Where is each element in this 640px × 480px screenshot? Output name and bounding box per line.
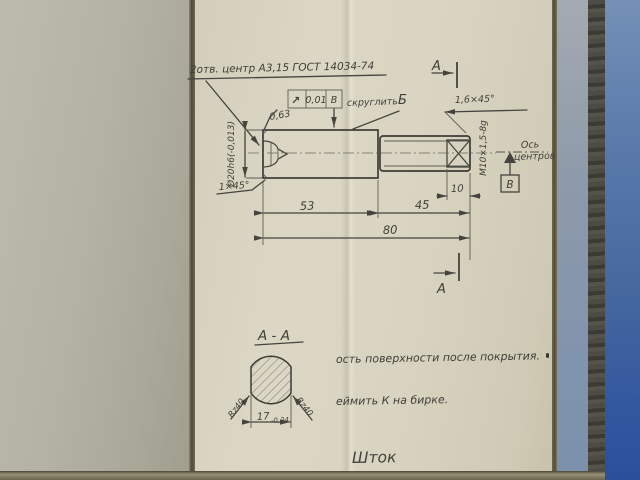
dim-10: 10 bbox=[451, 184, 464, 195]
note-line-1: ость поверхности после покрытия. bbox=[336, 349, 540, 366]
diameter-dim-group: Ø20h6(-0,013) bbox=[226, 121, 262, 188]
roughness-flat-left: Rz40 bbox=[226, 397, 247, 420]
runout-symbol-icon: ↗ bbox=[291, 94, 300, 107]
dim-53: 53 bbox=[300, 198, 315, 213]
shaft-front-view bbox=[248, 130, 496, 178]
technical-drawing: 2отв. центр А3,15 ГОСТ 14034-74 ↗ 0,01 В… bbox=[0, 0, 640, 480]
roughness-top-group: 0,63 bbox=[264, 108, 291, 130]
section-cut-top: А bbox=[431, 59, 457, 88]
center-hole-profile bbox=[263, 141, 287, 167]
datum-letter: В bbox=[506, 179, 513, 191]
roughness-flat-right: Rz40 bbox=[294, 396, 315, 419]
edge-note: скруглить bbox=[347, 96, 398, 109]
axis-label-line1: Ось bbox=[521, 139, 540, 151]
diameter-label: Ø20h6(-0,013) bbox=[226, 121, 237, 188]
dim-80: 80 bbox=[383, 222, 398, 237]
runout-datum: В bbox=[331, 95, 338, 106]
dim-flats: 17 bbox=[257, 411, 271, 423]
dimension-lines: 10 53 45 80 bbox=[263, 169, 480, 260]
chamfer-left-group: 1×45° bbox=[217, 180, 265, 194]
section-profile bbox=[251, 356, 291, 403]
axis-label-line2: центров bbox=[514, 151, 556, 163]
photo-of-technical-drawing: { "colors": { "paper_main": "#d8d3c0", "… bbox=[0, 0, 640, 480]
section-view-aa: А - А Rz40 Rz40 17 -0,24 bbox=[226, 328, 314, 428]
runout-frame: ↗ 0,01 В bbox=[288, 90, 342, 127]
chamfer-right-label: 1,6×45° bbox=[455, 94, 495, 106]
runout-value: 0,01 bbox=[305, 95, 326, 106]
section-mark-top: А bbox=[431, 59, 441, 74]
center-hole-note: 2отв. центр А3,15 ГОСТ 14034-74 bbox=[190, 60, 375, 76]
part-title: Шток bbox=[352, 448, 397, 467]
surface-b-label: Б bbox=[398, 93, 407, 108]
section-view-title: А - А bbox=[257, 328, 290, 344]
axis-datum-group: В Ось центров bbox=[496, 139, 556, 192]
section-mark-bottom: А bbox=[436, 282, 446, 297]
dim-flats-tolerance: -0,24 bbox=[271, 416, 290, 425]
thread-label: М10×1,5-8g bbox=[479, 120, 489, 176]
roughness-top-value: 0,63 bbox=[269, 108, 292, 123]
section-cut-bottom: А bbox=[434, 253, 459, 297]
note-line-2: еймить К на бирке. bbox=[336, 393, 449, 408]
dim-45: 45 bbox=[415, 197, 430, 212]
